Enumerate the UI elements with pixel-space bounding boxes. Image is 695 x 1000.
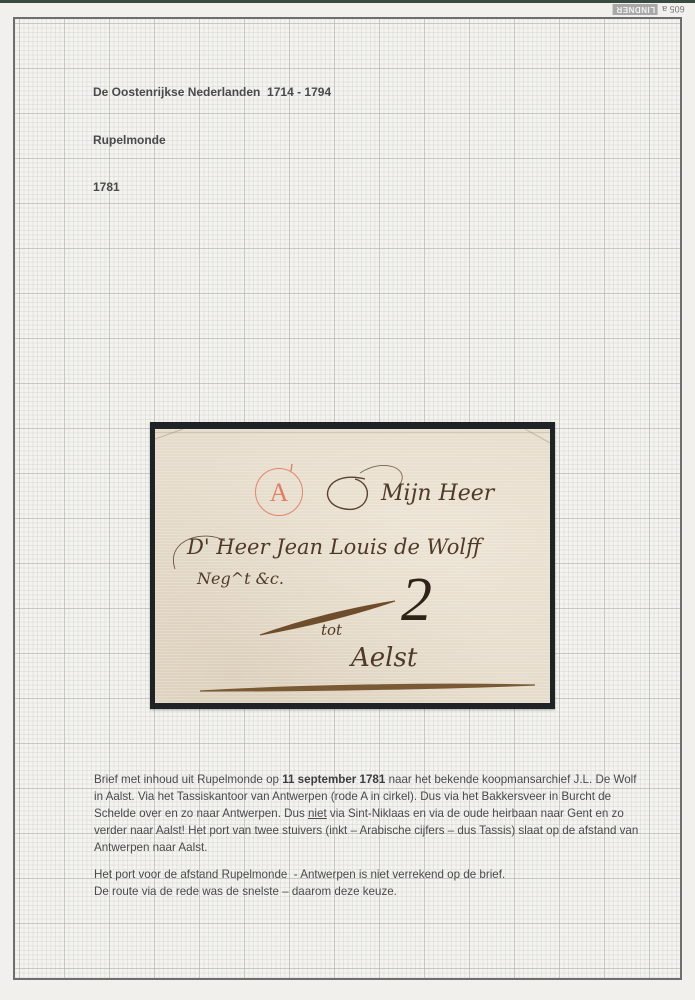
note-line: Het port voor de afstand Rupelmonde - An… [94, 866, 639, 883]
page-title: De Oostenrijkse Nederlanden 1714 - 1794 [93, 85, 331, 99]
letter-greeting: Mijn Heer [381, 481, 494, 506]
page-number: 605 a [662, 5, 685, 15]
page-tag: 605 a LINDNER [613, 4, 685, 15]
letter-addressee-title: Neg^t &c. [197, 569, 284, 588]
description-emphasis: niet [308, 807, 327, 820]
tassis-a-circle-postmark: A [255, 468, 303, 516]
notes-paragraph: Het port voor de afstand Rupelmonde - An… [94, 866, 639, 900]
description-date: 11 september 1781 [282, 773, 385, 786]
postmark-letter: A [270, 480, 289, 506]
album-brand-logo: LINDNER [613, 4, 658, 15]
place-heading: Rupelmonde [93, 133, 166, 147]
description-text: Brief met inhoud uit Rupelmonde op [94, 773, 282, 786]
year-heading: 1781 [93, 180, 120, 194]
port-mark: 2 [401, 565, 432, 636]
description-paragraph: Brief met inhoud uit Rupelmonde op 11 se… [94, 771, 639, 856]
letter-addressee: D' Heer Jean Louis de Wolff [187, 535, 481, 559]
letter-to-word: tot [321, 621, 342, 639]
letter-destination-city: Aelst [351, 643, 417, 673]
scan-top-edge [0, 0, 695, 3]
note-line: De route via de rede was de snelste – da… [94, 883, 639, 900]
letter-image: A Mijn Heer D' Heer Jean Louis de Wolff … [155, 429, 550, 703]
letter-mount: A Mijn Heer D' Heer Jean Louis de Wolff … [150, 422, 555, 709]
